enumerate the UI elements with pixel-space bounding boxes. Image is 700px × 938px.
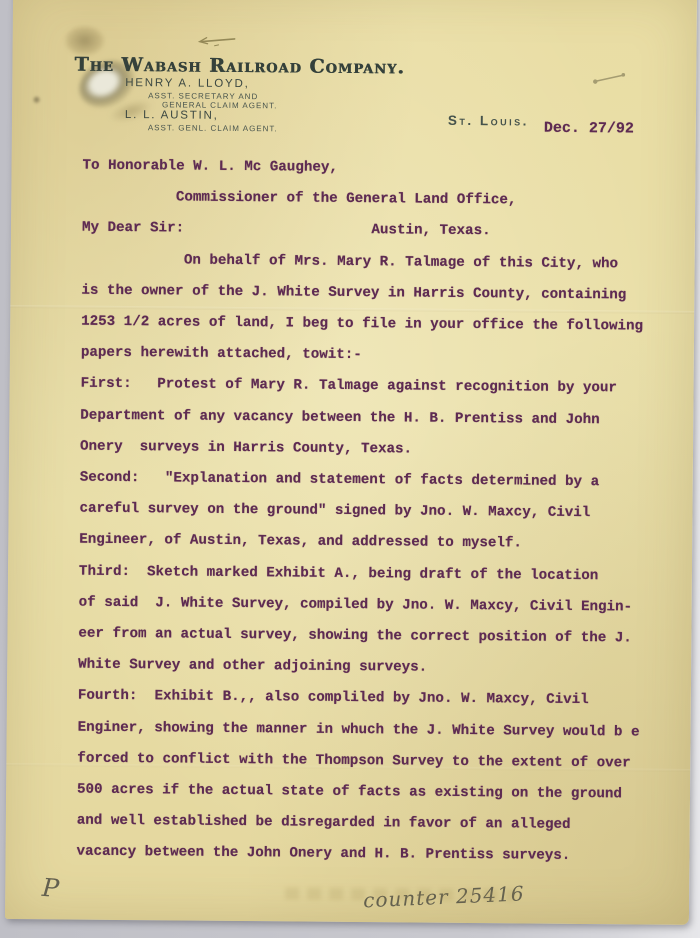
letter-line: My Dear Sir: Austin, Texas. <box>82 213 682 249</box>
letter-line: 1253 1/2 acres of land, I beg to file in… <box>81 307 681 343</box>
letter-page: The Wabash Railroad Company. HENRY A. LL… <box>5 0 697 925</box>
date-line: Dec. 27/92 <box>544 120 634 138</box>
letter-line: To Honorable W. L. Mc Gaughey, <box>82 151 682 187</box>
letter-line: Onery surveys in Harris County, Texas. <box>80 431 680 467</box>
letter-body: To Honorable W. L. Mc Gaughey, Commissio… <box>76 151 682 874</box>
letter-line: Engineer, of Austin, Texas, and addresse… <box>79 525 679 561</box>
letter-line: Fourth: Exhibit B.,, also compliled by J… <box>78 681 678 717</box>
letter-line: Enginer, showing the manner in whuch the… <box>77 712 677 748</box>
pencil-annotation-p: P <box>41 873 60 903</box>
letter-line: is the owner of the J. White Survey in H… <box>81 275 681 311</box>
letter-line: On behalf of Mrs. Mary R. Talmage of thi… <box>82 244 682 280</box>
officer2-title: ASST. GENL. CLAIM AGENT. <box>148 123 278 133</box>
letter-line: eer from an actual survey, showing the c… <box>78 619 678 655</box>
letter-line: and well established be disregarded in f… <box>77 806 677 842</box>
company-name: The Wabash Railroad Company. <box>74 54 405 79</box>
letter-line: Second: "Explanation and statement of fa… <box>80 463 680 499</box>
letter-line: careful survey on the ground" signed by … <box>79 494 679 530</box>
letter-line: papers herewith attached, towit:- <box>81 338 681 374</box>
pen-arrow-icon <box>194 33 240 54</box>
letter-line: Department of any vacancy between the H.… <box>80 400 680 436</box>
letter-line: 500 acres if the actual state of facts a… <box>77 775 677 811</box>
letter-line: First: Protest of Mary R. Talmage agains… <box>80 369 680 405</box>
letter-line: of said J. White Survey, compiled by Jno… <box>79 587 679 623</box>
officer2-name: L. L. AUSTIN, <box>125 109 219 122</box>
officer1-name: HENRY A. LLOYD, <box>125 77 249 90</box>
letter-line: Commissioner of the General Land Office, <box>82 182 682 218</box>
letter-line: Third: Sketch marked Exhibit A., being d… <box>79 556 679 592</box>
letter-line: vacancy between the John Onery and H. B.… <box>76 837 676 873</box>
letter-line: White Survey and other adjoining surveys… <box>78 650 678 686</box>
pencil-annotation-counter: counter 25416 <box>363 881 525 912</box>
paper-stain <box>64 25 104 55</box>
city-label: St. Louis. <box>448 113 529 129</box>
staple-mark-icon <box>590 70 630 91</box>
paper-stain <box>32 95 41 104</box>
letter-line: forced to conflict with the Thompson Sur… <box>77 743 677 779</box>
